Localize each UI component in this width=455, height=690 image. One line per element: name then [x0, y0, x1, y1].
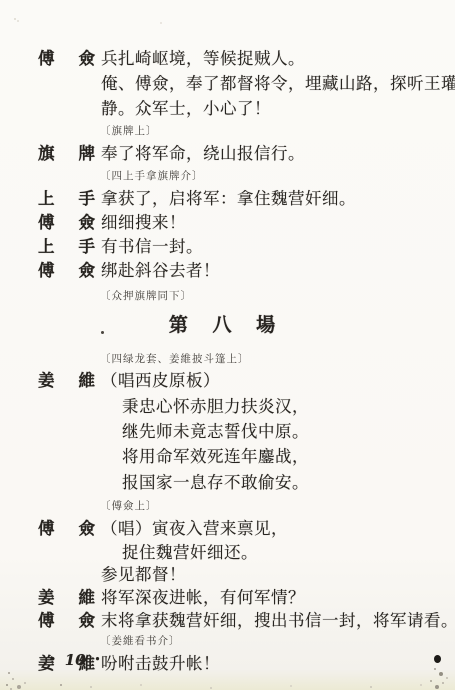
dialogue-text: 将军深夜进帐，有何军情？: [101, 586, 305, 610]
speaker-char: 姜: [38, 586, 55, 610]
speaker-char: 上: [38, 187, 55, 211]
verse-text: 将用命军效死连年鏖战，: [122, 444, 309, 469]
speaker-char: 傅: [38, 516, 55, 541]
verse-line: 继先师未竟志誓伐中原。: [122, 419, 445, 444]
page-number: • 10 •: [50, 651, 100, 669]
dialogue-text: 静。众军士，小心了！: [101, 96, 271, 121]
dialogue-line: 上手 拿获了，启将军：拿住魏营奸细。: [38, 187, 445, 211]
stage-direction: 〔傅僉上〕: [100, 496, 445, 516]
verse-line: 捉住魏营奸细还。: [122, 541, 445, 564]
dialogue-line: 傅僉 兵扎崎岖境，等候捉贼人。: [38, 46, 445, 71]
stage-direction-text: 〔四绿龙套、姜維披斗篷上〕: [100, 350, 250, 368]
stage-direction: 〔四上手拿旗牌介〕: [100, 165, 445, 187]
dialogue-text: 吩咐击鼓升帐！: [101, 651, 220, 676]
verse-line: 秉忠心怀赤胆力扶炎汉，: [122, 394, 445, 419]
scan-noise: [60, 684, 62, 686]
dialogue-continuation: 俺、傅僉，奉了都督将令，埋藏山路，探听王瓘动: [101, 71, 445, 96]
speaker-name: 傅僉: [38, 516, 95, 541]
stage-direction: 〔众押旗牌同下〕: [100, 282, 445, 310]
speaker-char: 姜: [38, 368, 55, 394]
script-text-block: 傅僉 兵扎崎岖境，等候捉贼人。 俺、傅僉，奉了都督将令，埋藏山路，探听王瓘动 静…: [38, 38, 445, 676]
speaker-char: 僉: [79, 516, 96, 541]
speaker-name: 傅僉: [38, 211, 95, 235]
verse-text: 继先师未竟志誓伐中原。: [122, 419, 309, 444]
margin-ink-dot: [434, 655, 441, 663]
page-number-value: 10: [65, 651, 86, 669]
speaker-name: 姜維: [38, 368, 95, 394]
dialogue-text: （唱）寅夜入营来禀见，: [101, 516, 288, 541]
verse-text: 秉忠心怀赤胆力扶炎汉，: [122, 394, 309, 419]
dialogue-line: 傅僉 末将拿获魏营奸细，搜出书信一封，将军请看。: [38, 610, 445, 631]
speaker-char: 維: [79, 368, 96, 394]
dialogue-text: 有书信一封。: [101, 235, 203, 259]
speaker-char: 傅: [38, 610, 55, 631]
dialogue-text: 拿获了，启将军：拿住魏营奸细。: [101, 187, 356, 211]
dialogue-line: 傅僉 细细搜来！: [38, 211, 445, 235]
scanned-page: 傅僉 兵扎崎岖境，等候捉贼人。 俺、傅僉，奉了都督将令，埋藏山路，探听王瓘动 静…: [0, 0, 455, 690]
speaker-char: 僉: [79, 46, 96, 71]
speaker-char: 牌: [79, 142, 96, 165]
speaker-char: 手: [79, 187, 96, 211]
verse-text: 捉住魏营奸细还。: [122, 541, 258, 564]
speaker-name: 姜維: [38, 586, 95, 610]
speaker-char: 僉: [79, 211, 96, 235]
scan-noise: [8, 672, 10, 674]
speaker-name: 上手: [38, 187, 95, 211]
dialogue-continuation: 参见都督！: [101, 564, 445, 586]
dialogue-text: 绑赴斜谷去者！: [101, 259, 220, 282]
speaker-char: 手: [79, 235, 96, 259]
speaker-char: 旗: [38, 142, 55, 165]
scan-noise: [434, 668, 436, 670]
dialogue-text: 奉了将军命，绕山报信行。: [101, 142, 305, 165]
scan-noise: [14, 18, 16, 20]
dialogue-continuation: 静。众军士，小心了！: [101, 96, 445, 121]
page-number-dot: •: [95, 655, 101, 665]
page-number-dot: •: [50, 655, 56, 665]
stage-direction: 〔姜維看书介〕: [100, 631, 445, 651]
stage-direction-text: 〔四上手拿旗牌介〕: [100, 165, 204, 187]
speaker-char: 維: [79, 586, 96, 610]
speaker-name: 傅僉: [38, 46, 95, 71]
stage-direction-text: 〔姜維看书介〕: [100, 631, 181, 651]
speaker-name: 傅僉: [38, 610, 95, 631]
speaker-char: 傅: [38, 259, 55, 282]
stage-direction-text: 〔傅僉上〕: [100, 496, 158, 516]
dialogue-line: 傅僉 （唱）寅夜入营来禀见，: [38, 516, 445, 541]
speaker-name: 旗牌: [38, 142, 95, 165]
speaker-name: 上手: [38, 235, 95, 259]
dialogue-text: 兵扎崎岖境，等候捉贼人。: [101, 46, 305, 71]
dialogue-text: 参见都督！: [101, 564, 186, 586]
speaker-name: 傅僉: [38, 259, 95, 282]
dialogue-line: 姜維 （唱西皮原板）: [38, 368, 445, 394]
stage-direction: 〔四绿龙套、姜維披斗篷上〕: [100, 350, 445, 368]
aria-cue-text: （唱西皮原板）: [101, 368, 220, 394]
verse-line: 报国家一息存不敢偷安。: [122, 469, 445, 496]
scan-noise: [160, 22, 162, 24]
stage-direction-text: 〔众押旗牌同下〕: [100, 282, 192, 310]
speaker-char: 僉: [79, 610, 96, 631]
dialogue-line: 姜維 将军深夜进帐，有何军情？: [38, 586, 445, 610]
stage-direction: 〔旗牌上〕: [100, 121, 445, 142]
verse-line: 将用命军效死连年鏖战，: [122, 444, 445, 469]
dialogue-line: 傅僉 绑赴斜谷去者！: [38, 259, 445, 282]
speaker-char: 僉: [79, 259, 96, 282]
dialogue-line: 上手 有书信一封。: [38, 235, 445, 259]
speaker-char: 上: [38, 235, 55, 259]
stage-direction-text: 〔旗牌上〕: [100, 121, 158, 142]
dialogue-text: 细细搜来！: [101, 211, 186, 235]
stray-ink-dot: [101, 331, 104, 334]
dialogue-line: 旗牌 奉了将军命，绕山报信行。: [38, 142, 445, 165]
dialogue-text: 俺、傅僉，奉了都督将令，埋藏山路，探听王瓘动: [101, 71, 455, 96]
scene-heading: 第 八 場: [38, 310, 415, 340]
verse-text: 报国家一息存不敢偷安。: [122, 469, 309, 496]
speaker-char: 傅: [38, 46, 55, 71]
speaker-char: 傅: [38, 211, 55, 235]
dialogue-text: 末将拿获魏营奸细，搜出书信一封，将军请看。: [101, 610, 455, 631]
